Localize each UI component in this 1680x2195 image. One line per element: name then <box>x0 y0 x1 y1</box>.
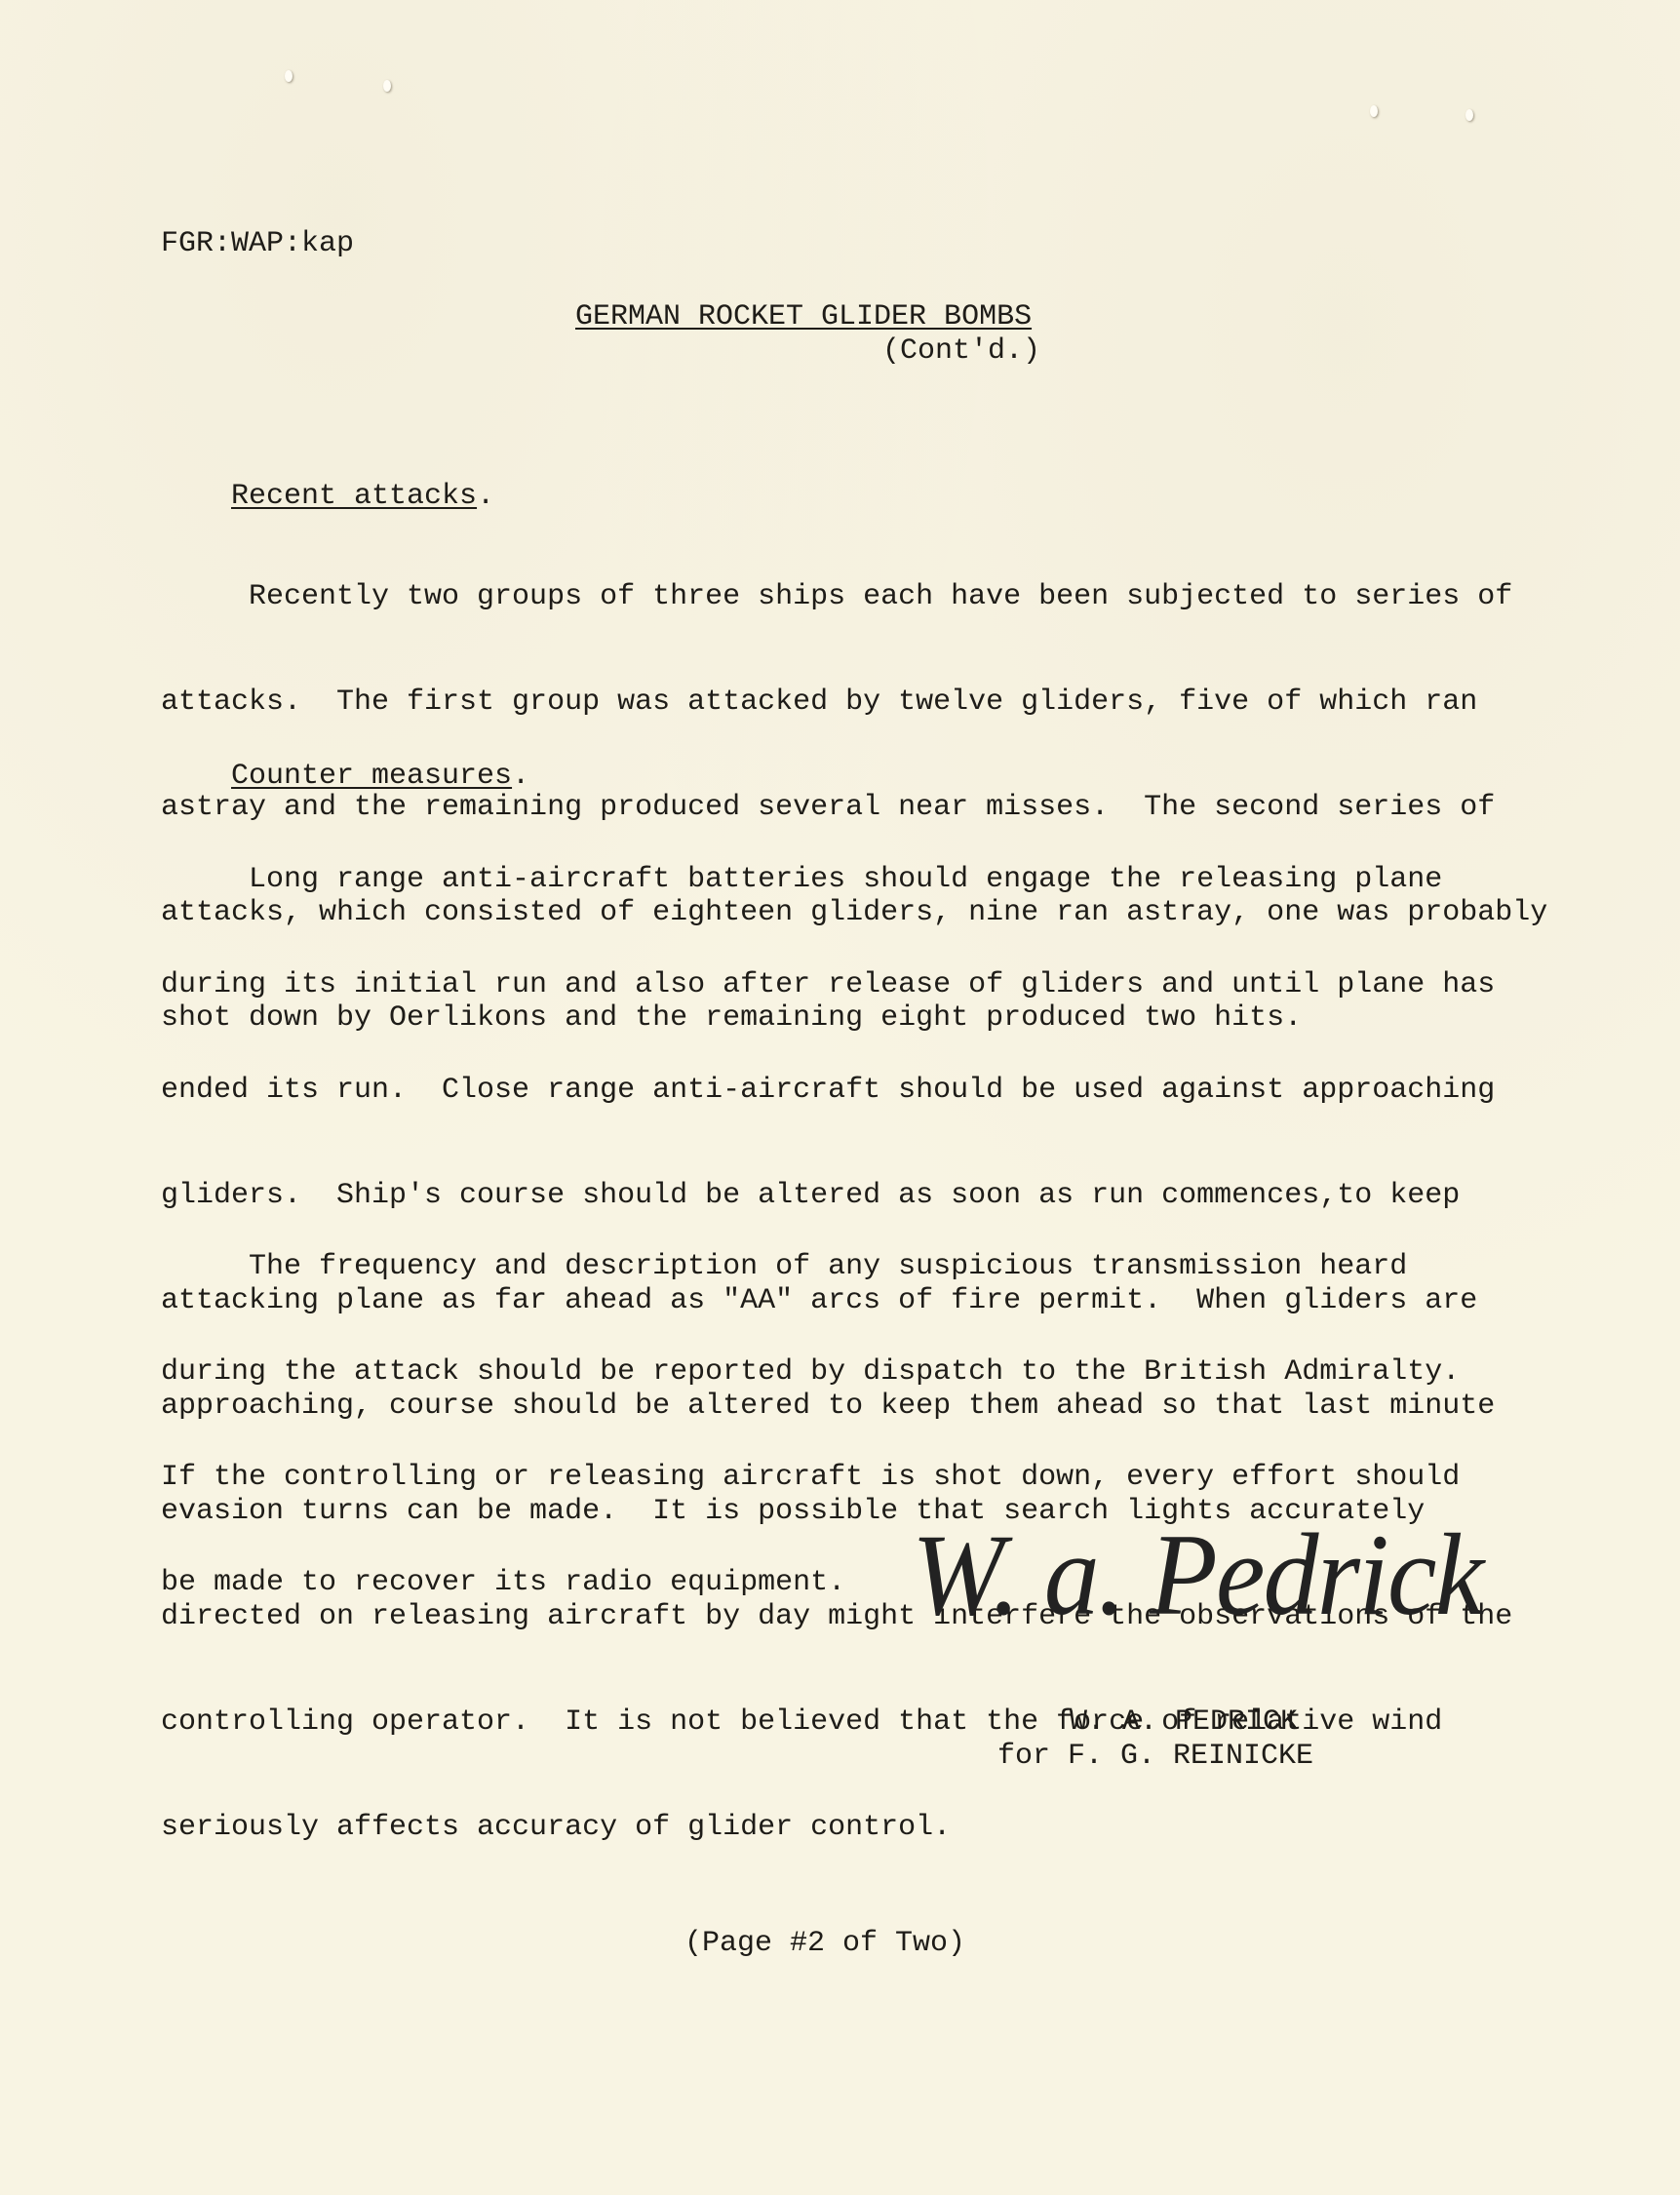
paragraph-line: attacks. The first group was attacked by… <box>161 685 1547 720</box>
section-heading-punct: . <box>512 760 529 793</box>
punch-hole-mark <box>1465 109 1473 121</box>
paragraph-line: The frequency and description of any sus… <box>161 1249 1460 1284</box>
signer-on-behalf: for F. G. REINICKE <box>997 1739 1313 1774</box>
paragraph-line: If the controlling or releasing aircraft… <box>161 1460 1460 1495</box>
section-heading-punct: . <box>477 480 494 513</box>
document-title: GERMAN ROCKET GLIDER BOMBS <box>575 299 1032 334</box>
paragraph-line: seriously affects accuracy of glider con… <box>161 1810 1512 1845</box>
paragraph-line: ended its run. Close range anti-aircraft… <box>161 1073 1512 1108</box>
paragraph-line: controlling operator. It is not believed… <box>161 1705 1512 1740</box>
paragraph-line: during its initial run and also after re… <box>161 967 1512 1002</box>
punch-hole-mark <box>285 70 293 82</box>
signer-typed-name: W. A. PEDRICK <box>1070 1705 1298 1740</box>
paragraph-line: during the attack should be reported by … <box>161 1354 1460 1390</box>
document-page: FGR:WAP:kap GERMAN ROCKET GLIDER BOMBS (… <box>0 0 1680 2195</box>
page-number-footer: (Page #2 of Two) <box>684 1926 965 1961</box>
handwritten-signature: W. a. Pedrick <box>912 1502 1482 1648</box>
reference-initials: FGR:WAP:kap <box>161 226 354 261</box>
paragraph-line: Recently two groups of three ships each … <box>161 579 1547 614</box>
document-title-suffix: (Cont'd.) <box>882 333 1040 369</box>
section-heading-text: Counter measures <box>231 760 512 793</box>
paragraph-line: Long range anti-aircraft batteries shoul… <box>161 862 1512 897</box>
section-heading-text: Recent attacks <box>231 480 477 513</box>
punch-hole-mark <box>1370 105 1378 117</box>
punch-hole-mark <box>383 80 391 92</box>
